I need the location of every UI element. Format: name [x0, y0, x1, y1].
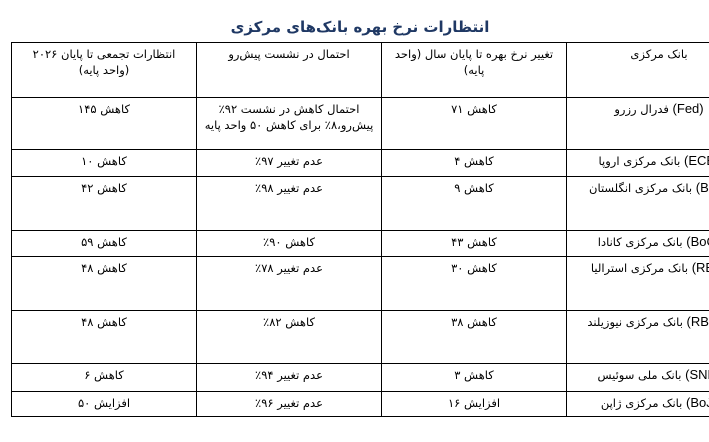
- table-row: (BoC) بانک مرکزی کانادا کاهش ۴۳ کاهش ۹۰٪…: [12, 231, 709, 257]
- cell-year-end-change: افزایش ۱۶: [382, 392, 567, 417]
- cell-year-end-change: کاهش ۴: [382, 150, 567, 177]
- cell-year-end-change: کاهش ۳: [382, 364, 567, 392]
- cell-cumulative-2026: کاهش ۴۲: [12, 177, 197, 231]
- cell-year-end-change: کاهش ۳۸: [382, 311, 567, 364]
- bank-name: بانک ملی سوئیس: [597, 368, 681, 382]
- cell-cumulative-2026: کاهش ۴۸: [12, 311, 197, 364]
- cell-bank: (Fed) فدرال رزرو: [567, 98, 709, 150]
- header-year-end-change: تغییر نرخ بهره تا پایان سال (واحد پایه): [382, 43, 567, 98]
- header-cumulative-2026: انتظارات تجمعی تا پایان ۲۰۲۶ (واحد پایه): [12, 43, 197, 98]
- table-row: (SNB) بانک ملی سوئیس کاهش ۳ عدم تغییر ۹۴…: [12, 364, 709, 392]
- cell-bank: (SNB) بانک ملی سوئیس: [567, 364, 709, 392]
- cell-cumulative-2026: کاهش ۵۹: [12, 231, 197, 257]
- table-row: (RBA) بانک مرکزی استرالیا کاهش ۳۰ عدم تغ…: [12, 257, 709, 311]
- cell-year-end-change: کاهش ۴۳: [382, 231, 567, 257]
- bank-abbr: (RBA): [692, 260, 709, 275]
- cell-next-meeting: عدم تغییر ۷۸٪: [197, 257, 382, 311]
- table-row: (RBNZ) بانک مرکزی نیوزیلند کاهش ۳۸ کاهش …: [12, 311, 709, 364]
- cell-bank: (RBNZ) بانک مرکزی نیوزیلند: [567, 311, 709, 364]
- header-central-bank: بانک مرکزی: [567, 43, 709, 98]
- cell-next-meeting: عدم تغییر ۹۸٪: [197, 177, 382, 231]
- bank-name: بانک مرکزی کانادا: [598, 235, 683, 249]
- cell-next-meeting: عدم تغییر ۹۶٪: [197, 392, 382, 417]
- cell-next-meeting: عدم تغییر ۹۴٪: [197, 364, 382, 392]
- table-header-row: بانک مرکزی تغییر نرخ بهره تا پایان سال (…: [12, 43, 709, 98]
- cell-bank: (BoJ) بانک مرکزی ژاپن: [567, 392, 709, 417]
- bank-abbr: (ECB): [684, 153, 709, 168]
- cell-cumulative-2026: کاهش ۱۴۵: [12, 98, 197, 150]
- bank-abbr: (Fed): [673, 101, 704, 116]
- bank-name: بانک مرکزی اروپا: [599, 154, 681, 168]
- cell-bank: (ECB) بانک مرکزی اروپا: [567, 150, 709, 177]
- cell-cumulative-2026: کاهش ۴۸: [12, 257, 197, 311]
- cell-next-meeting: عدم تغییر ۹۷٪: [197, 150, 382, 177]
- cell-cumulative-2026: افزایش ۵۰: [12, 392, 197, 417]
- bank-name: فدرال رزرو: [614, 102, 669, 116]
- bank-abbr: (SNB): [685, 367, 709, 382]
- bank-abbr: (BoE): [696, 180, 709, 195]
- cell-next-meeting: احتمال کاهش در نشست ۹۲٪ پیش‌رو،۸٪ برای ک…: [197, 98, 382, 150]
- cell-next-meeting: کاهش ۸۲٪: [197, 311, 382, 364]
- cell-cumulative-2026: کاهش ۱۰: [12, 150, 197, 177]
- cell-year-end-change: کاهش ۹: [382, 177, 567, 231]
- table-row: (BoJ) بانک مرکزی ژاپن افزایش ۱۶ عدم تغیی…: [12, 392, 709, 417]
- bank-name: بانک مرکزی استرالیا: [591, 261, 688, 275]
- table-row: (Fed) فدرال رزرو کاهش ۷۱ احتمال کاهش در …: [12, 98, 709, 150]
- cell-year-end-change: کاهش ۷۱: [382, 98, 567, 150]
- bank-abbr: (RBNZ): [687, 314, 709, 329]
- interest-rate-expectations-table: بانک مرکزی تغییر نرخ بهره تا پایان سال (…: [11, 42, 709, 417]
- bank-name: بانک مرکزی انگلستان: [589, 181, 692, 195]
- cell-year-end-change: کاهش ۳۰: [382, 257, 567, 311]
- header-next-meeting: احتمال در نشست پیش‌رو: [197, 43, 382, 98]
- table-row: (ECB) بانک مرکزی اروپا کاهش ۴ عدم تغییر …: [12, 150, 709, 177]
- cell-bank: (RBA) بانک مرکزی استرالیا: [567, 257, 709, 311]
- bank-name: بانک مرکزی نیوزیلند: [587, 315, 683, 329]
- page-title: انتظارات نرخ بهره بانک‌های مرکزی: [190, 16, 530, 38]
- bank-abbr: (BoC): [686, 234, 709, 249]
- cell-next-meeting: کاهش ۹۰٪: [197, 231, 382, 257]
- cell-bank: (BoC) بانک مرکزی کانادا: [567, 231, 709, 257]
- cell-bank: (BoE) بانک مرکزی انگلستان: [567, 177, 709, 231]
- bank-abbr: (BoJ): [686, 395, 709, 410]
- bank-name: بانک مرکزی ژاپن: [601, 396, 683, 410]
- cell-cumulative-2026: کاهش ۶: [12, 364, 197, 392]
- table-row: (BoE) بانک مرکزی انگلستان کاهش ۹ عدم تغی…: [12, 177, 709, 231]
